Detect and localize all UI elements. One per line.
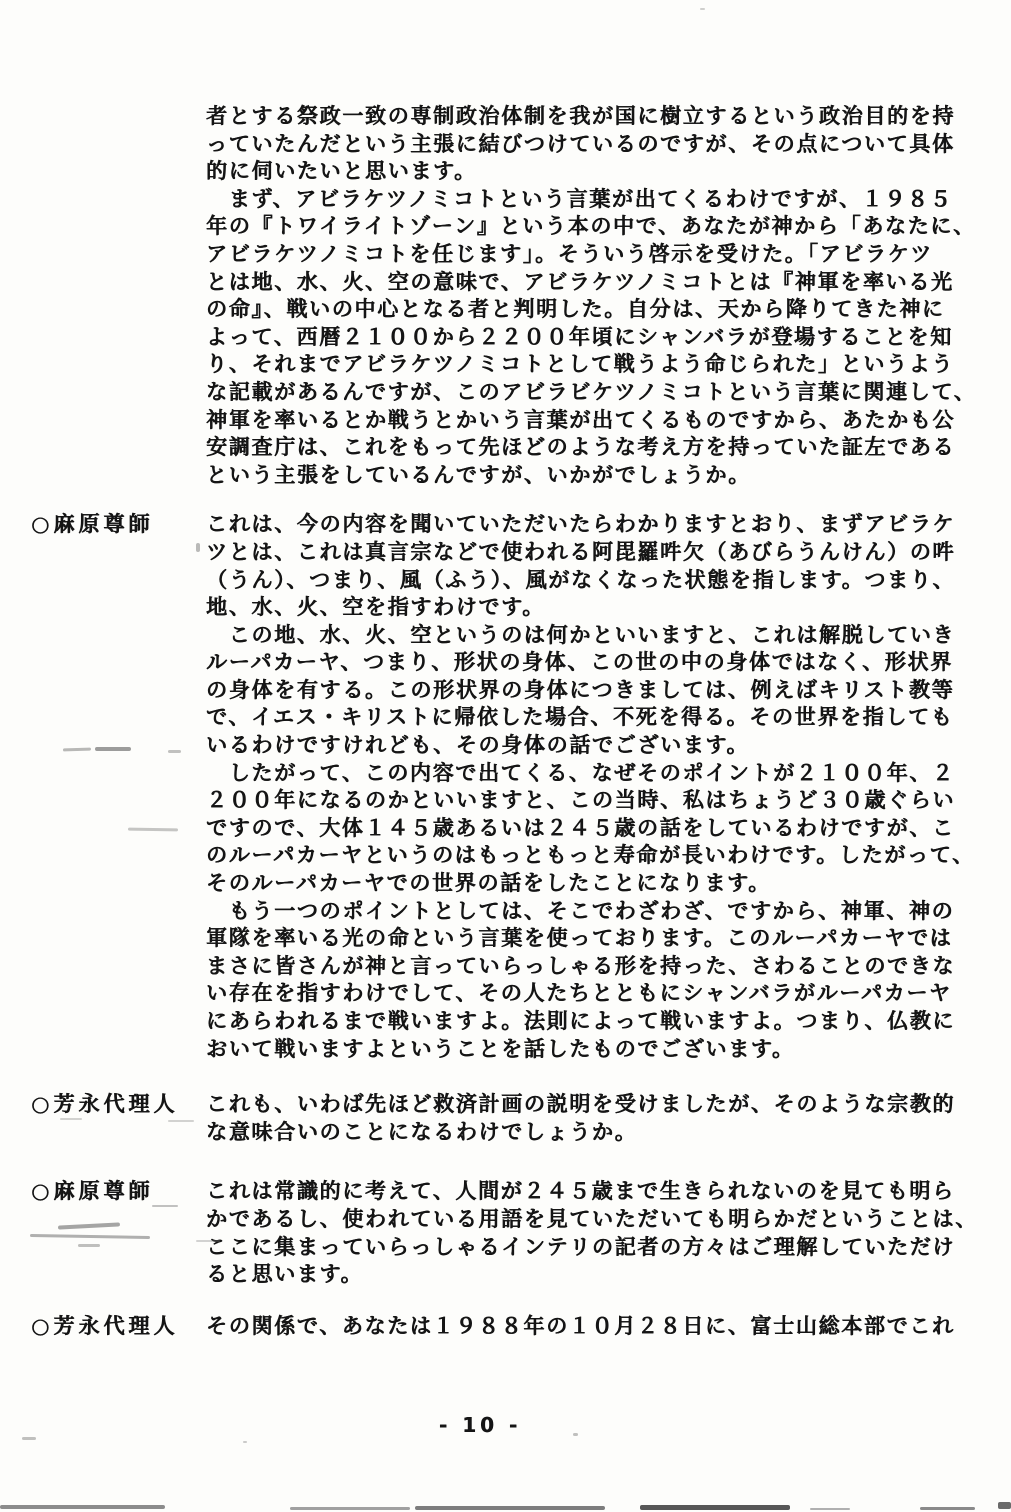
text-line: かであるし、使われている用語を見ていただいても明らかだということは、: [206, 1206, 976, 1234]
text-line: な記載があるんですが、このアビラビケツノミコトという言葉に関連して、: [206, 379, 976, 407]
document-page: 者とする祭政一致の専制政治体制を我が国に樹立するという政治目的を持っていたんだと…: [0, 0, 1011, 1512]
scan-edge-mark: [810, 1508, 850, 1510]
text-line: まさに皆さんが神と言っていらっしゃる形を持った、さわることのできな: [206, 953, 976, 981]
scan-speck: [700, 8, 705, 10]
speech-text: その関係で、あなたは１９８８年の１０月２８日に、富士山総本部でこれ: [206, 1313, 976, 1341]
text-line: 神軍を率いるとか戦うとかいう言葉が出てくるものですから、あたかも公: [206, 407, 976, 435]
text-line: っていたんだという主張に結びつけているのですが、その点について具体: [206, 131, 976, 159]
text-line: ツとは、これは真言宗などで使われる阿毘羅吽欠（あびらうんけん）の吽: [206, 539, 976, 567]
text-line: の命』、戦いの中心となる者と判明した。自分は、天から降りてきた神に: [206, 296, 976, 324]
dialogue: ○麻原尊師これは、今の内容を聞いていただいたらわかりますとおり、まずアビラケツと…: [0, 511, 1011, 1340]
text-line: これは常識的に考えて、人間が２４５歳まで生きられないのを見ても明ら: [206, 1178, 976, 1206]
scan-edge-mark: [415, 1506, 605, 1510]
scan-edge-mark: [0, 1505, 165, 1509]
text-line: 者とする祭政一致の専制政治体制を我が国に樹立するという政治目的を持: [206, 103, 976, 131]
scan-edge-mark: [640, 1505, 790, 1510]
dialogue-turn: ○麻原尊師これは、今の内容を聞いていただいたらわかりますとおり、まずアビラケツと…: [0, 511, 1011, 1063]
scan-edge-mark: [290, 1507, 410, 1510]
text-line: のルーパカーヤというのはもっともっと寿命が長いわけです。したがって、: [206, 842, 976, 870]
text-line: 年の『トワイライトゾーン』という本の中で、あなたが神から「あなたに、: [206, 213, 976, 241]
scan-speck: [243, 1441, 247, 1443]
dialogue-turn: ○麻原尊師これは常識的に考えて、人間が２４５歳まで生きられないのを見ても明らかで…: [0, 1178, 1011, 1288]
text-line: 安調査庁は、これをもって先ほどのような考え方を持っていた証左である: [206, 434, 976, 462]
speech-text: これも、いわば先ほど救済計画の説明を受けましたが、そのような宗教的な意味合いのこ…: [206, 1091, 976, 1146]
speaker-label: ○麻原尊師: [31, 511, 153, 539]
text-line: にあらわれるまで戦いますよ。法則によって戦いますよ。つまり、仏教に: [206, 1008, 976, 1036]
text-line: 的に伺いたいと思います。: [206, 158, 976, 186]
text-line: の身体を有する。この形状界の身体につきましては、例えばキリスト教等: [206, 677, 976, 705]
text-line: よって、西暦２１００から２２００年頃にシャンバラが登場することを知: [206, 324, 976, 352]
text-line: で、イエス・キリストに帰依した場合、不死を得る。その世界を指しても: [206, 704, 976, 732]
dialogue-turn: ○芳永代理人これも、いわば先ほど救済計画の説明を受けましたが、そのような宗教的な…: [0, 1091, 1011, 1146]
text-line: 地、水、火、空を指すわけです。: [206, 594, 976, 622]
text-line: これも、いわば先ほど救済計画の説明を受けましたが、そのような宗教的: [206, 1091, 976, 1119]
text-line: その関係で、あなたは１９８８年の１０月２８日に、富士山総本部でこれ: [206, 1313, 976, 1341]
speech-text: これは、今の内容を聞いていただいたらわかりますとおり、まずアビラケツとは、これは…: [206, 511, 976, 1063]
text-line: もう一つのポイントとしては、そこでわざわざ、ですから、神軍、神の: [206, 898, 976, 926]
scan-edge-mark: [920, 1507, 975, 1510]
text-line: まず、アビラケツノミコトという言葉が出てくるわけですが、１９８５: [206, 186, 976, 214]
text-line: ると思います。: [206, 1261, 976, 1289]
text-line: ２００年になるのかといいますと、この当時、私はちょうど３０歳ぐらい: [206, 787, 976, 815]
text-line: ルーパカーヤ、つまり、形状の身体、この世の中の身体ではなく、形状界: [206, 649, 976, 677]
opening-paragraph: 者とする祭政一致の専制政治体制を我が国に樹立するという政治目的を持っていたんだと…: [206, 103, 976, 489]
text-line: とは地、水、火、空の意味で、アビラケツノミコトとは『神軍を率いる光: [206, 269, 976, 297]
scan-edge-mark: [998, 1502, 1011, 1509]
speaker-label: ○芳永代理人: [31, 1091, 178, 1119]
text-line: アビラケツノミコトを任じます」。そういう啓示を受けた。「アビラケツ: [206, 241, 976, 269]
text-line: り、それまでアビラケツノミコトとして戦うよう命じられた」というよう: [206, 351, 976, 379]
text-line: いるわけですけれども、その身体の話でございます。: [206, 732, 976, 760]
speech-text: これは常識的に考えて、人間が２４５歳まで生きられないのを見ても明らかであるし、使…: [206, 1178, 976, 1288]
text-line: （うん）、つまり、風（ふう）、風がなくなった状態を指します。つまり、: [206, 567, 976, 595]
text-line: この地、水、火、空というのは何かといいますと、これは解脱していき: [206, 622, 976, 650]
page-number: - 10 -: [0, 1412, 960, 1440]
text-line: ですので、大体１４５歳あるいは２４５歳の話をしているわけですが、こ: [206, 815, 976, 843]
text-line: という主張をしているんですが、いかがでしょうか。: [206, 462, 976, 490]
text-line: 軍隊を率いる光の命という言葉を使っております。このルーパカーヤでは: [206, 925, 976, 953]
page-content: 者とする祭政一致の専制政治体制を我が国に樹立するという政治目的を持っていたんだと…: [0, 103, 1011, 1440]
text-line: ここに集まっていらっしゃるインテリの記者の方々はご理解していただけ: [206, 1234, 976, 1262]
dialogue-turn: ○芳永代理人その関係で、あなたは１９８８年の１０月２８日に、富士山総本部でこれ: [0, 1313, 1011, 1341]
text-line: これは、今の内容を聞いていただいたらわかりますとおり、まずアビラケ: [206, 511, 976, 539]
text-line: したがって、この内容で出てくる、なぜそのポイントが２１００年、２: [206, 760, 976, 788]
text-line: おいて戦いますよということを話したものでございます。: [206, 1036, 976, 1064]
speaker-label: ○麻原尊師: [31, 1178, 153, 1206]
text-line: な意味合いのことになるわけでしょうか。: [206, 1119, 976, 1147]
text-line: い存在を指すわけでして、その人たちとともにシャンバラがルーパカーヤ: [206, 980, 976, 1008]
speaker-label: ○芳永代理人: [31, 1313, 178, 1341]
text-line: そのルーパカーヤでの世界の話をしたことになります。: [206, 870, 976, 898]
